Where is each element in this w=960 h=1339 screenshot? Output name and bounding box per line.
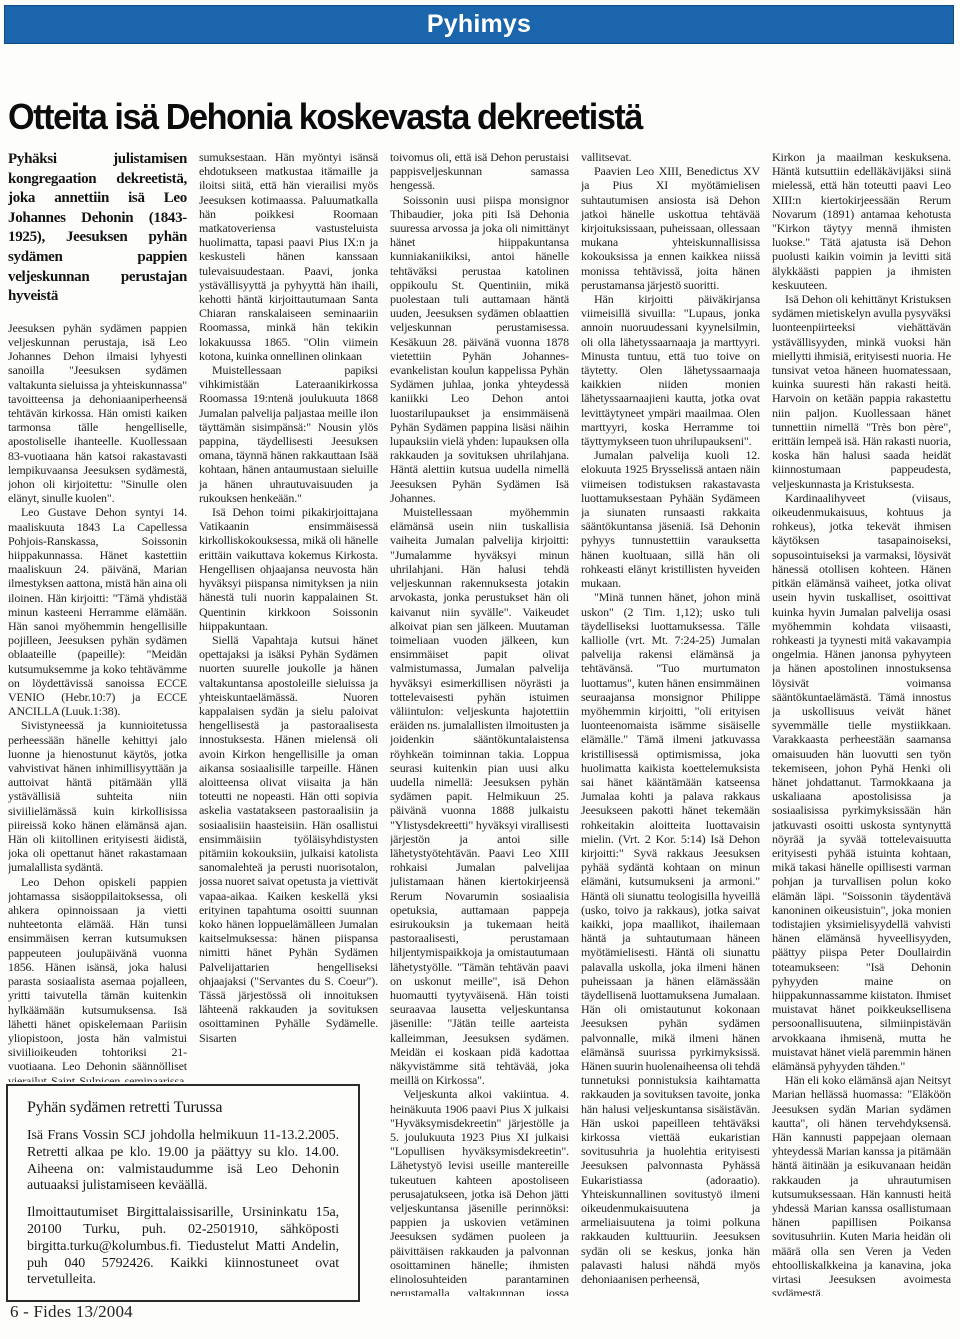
article-paragraph: sumuksestaan. Hän myöntyi isänsä ehdotuk… [199, 150, 378, 363]
article-column-1: Pyhäksi julistamisen kongregaation dekre… [8, 150, 187, 1082]
article-lead-paragraph: Pyhäksi julistamisen kongregaation dekre… [8, 150, 187, 307]
article-paragraph: Leo Gustave Dehon syntyi 14. maaliskuuta… [8, 505, 187, 718]
page-number-footer: 6 - Fides 13/2004 [10, 1302, 133, 1322]
notice-paragraph: Ilmoittautumiset Birgittalaissisarille, … [27, 1205, 339, 1289]
article-paragraph: Jumalan palvelija kuoli 12. elokuuta 192… [581, 448, 760, 590]
retreat-notice-box: Pyhän sydämen retretti Turussa Isä Frans… [6, 1084, 360, 1302]
article-paragraph: Siellä Vapahtaja kutsui hänet opettajaks… [199, 633, 378, 1045]
article-paragraph: Veljeskunta alkoi vakiintua. 4. heinäkuu… [390, 1087, 569, 1296]
notice-box-title: Pyhän sydämen retretti Turussa [27, 1099, 339, 1117]
article-paragraph: Isä Dehon oli kehittänyt Kristuksen sydä… [772, 292, 951, 491]
notice-paragraph: Isä Frans Vossin SCJ johdolla helmikuun … [27, 1128, 339, 1195]
article-paragraph: vallitsevat. [581, 150, 760, 164]
article-paragraph: Leo Dehon opiskeli pappien johtamassa si… [8, 875, 187, 1082]
section-label: Pyhimys [427, 10, 531, 39]
article-title: Otteita isä Dehonia koskevasta dekreetis… [8, 96, 901, 138]
article-paragraph: "Minä tunnen hänet, johon minä uskon" (2… [581, 590, 760, 1286]
article-paragraph: toivomus oli, että isä Dehon perustaisi … [390, 150, 569, 193]
article-paragraph: Sivistyneessä ja kunnioitetussa perheess… [8, 718, 187, 874]
article-column-4: vallitsevat.Paavien Leo XIII, Benedictus… [581, 150, 760, 1296]
article-paragraph: Kirkon ja maailman keskuksena. Häntä kut… [772, 150, 951, 292]
article-column-5: Kirkon ja maailman keskuksena. Häntä kut… [772, 150, 951, 1296]
article-paragraph: Hän eli koko elämänsä ajan Neitsyt Maria… [772, 1073, 951, 1296]
article-paragraph: Hän kirjoitti päiväkirjansa viimeisillä … [581, 292, 760, 448]
article-paragraph: Jeesuksen pyhän sydämen pappien veljesku… [8, 321, 187, 506]
article-paragraph: Isä Dehon toimi pikakirjoittajana Vatika… [199, 505, 378, 633]
newsletter-page: Pyhimys Otteita isä Dehonia koskevasta d… [0, 0, 960, 1339]
article-column-3: toivomus oli, että isä Dehon perustaisi … [390, 150, 569, 1296]
article-paragraph: Paavien Leo XIII, Benedictus XV ja Pius … [581, 164, 760, 292]
section-header-bar: Pyhimys [4, 5, 954, 44]
article-paragraph: Muistellessaan papiksi vihkimistään Late… [199, 363, 378, 505]
notice-box-body: Isä Frans Vossin SCJ johdolla helmikuun … [27, 1128, 339, 1289]
article-paragraph: Kardinaalihyveet (viisaus, oikeudenmukai… [772, 491, 951, 1073]
article-paragraph: Muistellessaan myöhemmin elämänsä usein … [390, 505, 569, 1087]
article-paragraph: Soissonin uusi piispa monsignor Thibaudi… [390, 193, 569, 505]
article-column-2: sumuksestaan. Hän myöntyi isänsä ehdotuk… [199, 150, 378, 1082]
